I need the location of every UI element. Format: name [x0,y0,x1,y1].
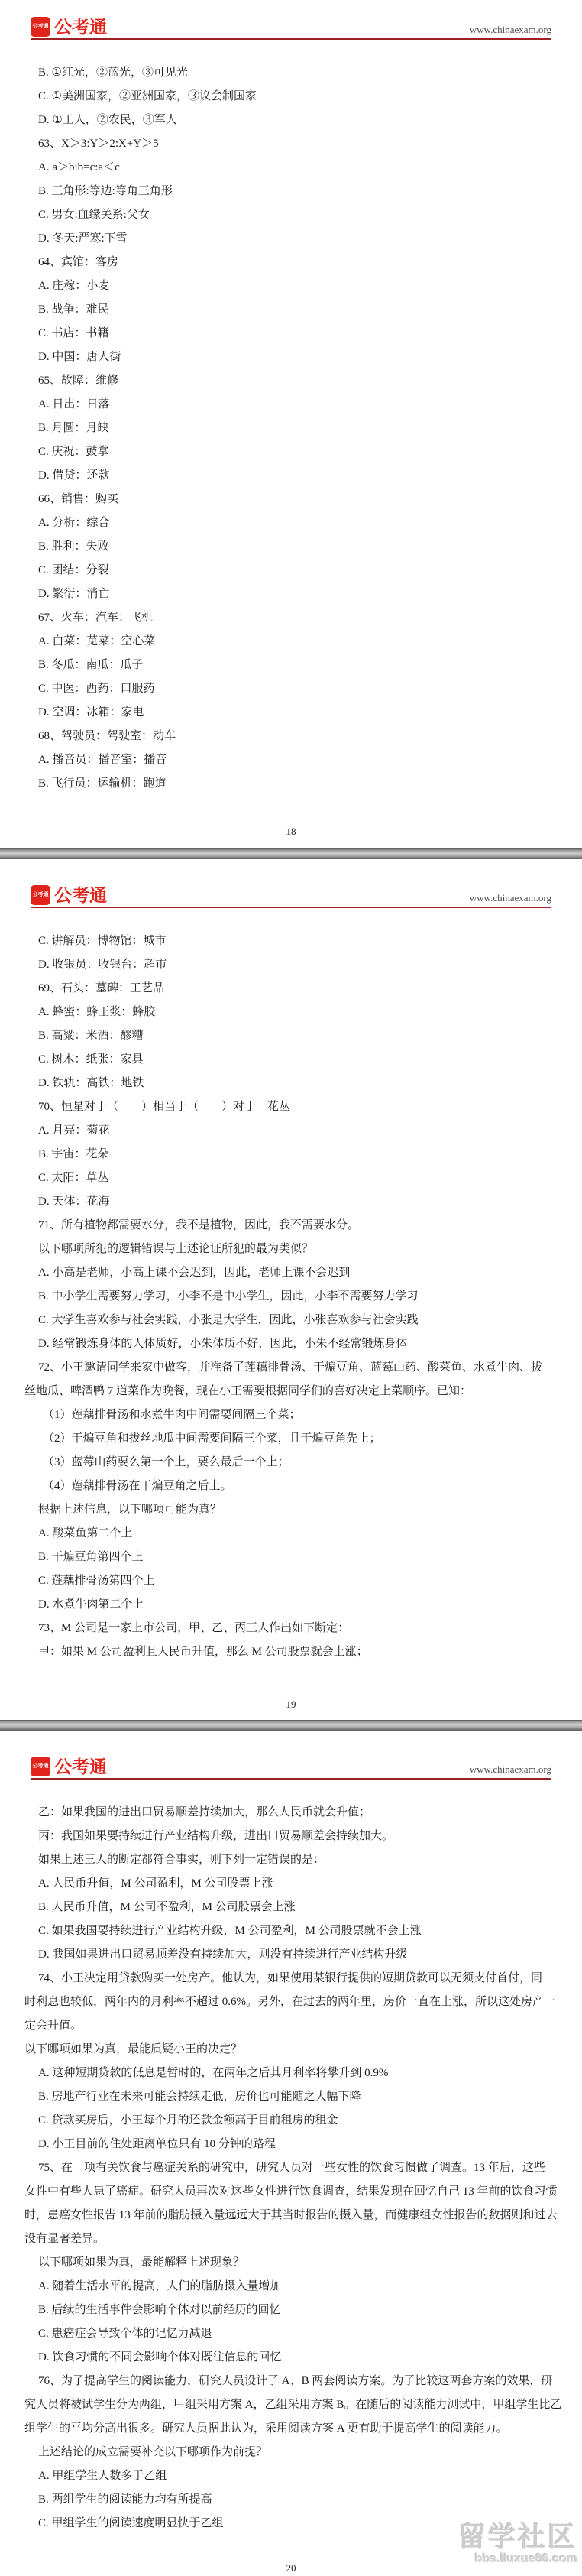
text-line: A. a＞b:b=c:a＜c [0,156,582,180]
text-line: 67、火车：汽车：飞机 [0,606,582,630]
text-line: 时，患癌女性报告 13 年前的脂肪摄入量远远大于其当时报告的摄入量，而健康组女性… [0,2204,582,2227]
text-line: 时利息也较低，两年内的月利率不超过 0.6%。另外，在过去的两年里，房价一直在上… [0,1990,582,2014]
site-url: www.chinaexam.org [470,23,551,37]
text-line: 64、宾馆：客房 [0,251,582,274]
text-line: B. 冬瓜：南瓜：瓜子 [0,654,582,677]
text-line: D. 中国：唐人街 [0,346,582,369]
text-line: 没有显著差异。 [0,2227,582,2251]
site-logo: 公考通 公考通 [31,1757,107,1776]
text-line: D. ①工人，②农民，③军人 [0,109,582,132]
site-url: www.chinaexam.org [470,1763,551,1776]
text-line: C. 如果我国要持续进行产业结构升级，M 公司盈利，M 公司股票就不会上涨 [0,1919,582,1943]
site-logo-text: 公考通 [54,17,107,37]
text-line: （1）莲藕排骨汤和水煮牛肉中间需要间隔三个菜； [0,1403,582,1427]
text-line: D. 饮食习惯的不同会影响个体对既往信息的回忆 [0,2346,582,2370]
page-body: C. 讲解员：博物馆：城市D. 收银员：收银台：超市69、石头：墓碑：工艺品A.… [0,930,582,1664]
text-line: C. 庆祝：鼓掌 [0,440,582,464]
text-line: B. 月圆：月缺 [0,417,582,440]
text-line: D. 铁轨：高铁：地铁 [0,1072,582,1095]
text-line: A. 播音员：播音室：播音 [0,748,582,772]
text-line: B. 高粱：米酒：醪糟 [0,1024,582,1048]
text-line: B. 两组学生的阅读能力均有所提高 [0,2488,582,2512]
site-logo: 公考通 公考通 [31,885,107,905]
text-line: D. 经常锻炼身体的人体质好，小朱体质不好，因此，小朱不经常锻炼身体 [0,1332,582,1356]
text-line: D. 小王目前的住处距离单位只有 10 分钟的路程 [0,2133,582,2156]
text-line: B. 三角形:等边:等角三角形 [0,180,582,203]
text-line: 上述结论的成立需要补充以下哪项作为前提？ [0,2441,582,2464]
page-body: B. ①红光，②蓝光，③可见光C. ①美洲国家，②亚洲国家，③议会制国家D. ①… [0,61,582,796]
text-line: 72、小王邀请同学来家中做客，并准备了莲藕排骨汤、干煸豆角、蓝莓山药、酸菜鱼、水… [0,1356,582,1380]
text-line: A. 甲组学生人数多于乙组 [0,2464,582,2488]
text-line: A. 人民币升值，M 公司盈利，M 公司股票上涨 [0,1872,582,1896]
text-line: A. 这种短期贷款的低息是暂时的，在两年之后其月利率将攀升到 0.9% [0,2062,582,2085]
site-url: www.chinaexam.org [470,891,551,905]
text-line: A. 随着生活水平的提高，人们的脂肪摄入量增加 [0,2275,582,2299]
page-number: 20 [0,2562,582,2574]
page-number: 18 [0,826,582,838]
text-line: （3）蓝莓山药要么第一个上，要么最后一个上； [0,1451,582,1475]
text-line: D. 水煮牛肉第二个上 [0,1593,582,1617]
text-line: A. 分析：综合 [0,511,582,535]
text-line: C. 树木：纸张：家具 [0,1048,582,1072]
text-line: A. 日出：日落 [0,393,582,417]
text-line: B. 人民币升值，M 公司不盈利，M 公司股票会上涨 [0,1896,582,1919]
text-line: C. 男女:血缘关系:父女 [0,203,582,227]
site-logo-icon: 公考通 [31,885,50,905]
text-line: D. 繁衍：消亡 [0,582,582,606]
page-20: 公考通 公考通 www.chinaexam.org 乙：如果我国的进出口贸易顺差… [0,1731,582,2576]
text-line: 66、销售：购买 [0,488,582,511]
text-line: 以下哪项如果为真，最能质疑小王的决定？ [0,2038,582,2062]
site-logo-text: 公考通 [54,885,107,905]
text-line: A. 庄稼：小麦 [0,274,582,298]
text-line: C. 莲藕排骨汤第四个上 [0,1569,582,1593]
text-line: 69、石头：墓碑：工艺品 [0,977,582,1001]
text-line: 65、故障：维修 [0,369,582,393]
page-divider [0,848,582,859]
text-line: C. 团结：分裂 [0,559,582,582]
text-line: B. 宇宙：花朵 [0,1143,582,1166]
text-line: 76、为了提高学生的阅读能力，研究人员设计了 A、B 两套阅读方案。为了比较这两… [0,2370,582,2393]
text-line: D. 空调：冰箱：家电 [0,701,582,725]
text-line: D. 借贷：还款 [0,464,582,488]
text-line: C. 讲解员：博物馆：城市 [0,930,582,953]
text-line: 组学生的平均分高出很多。研究人员据此认为，采用阅读方案 A 更有助于提高学生的阅… [0,2417,582,2441]
site-logo-text: 公考通 [54,1757,107,1776]
text-line: C. 太阳：草丛 [0,1166,582,1190]
text-line: B. ①红光，②蓝光，③可见光 [0,61,582,85]
page-body: 乙：如果我国的进出口贸易顺差持续加大，那么人民币就会升值；丙：我国如果要持续进行… [0,1801,582,2535]
text-line: 68、驾驶员：驾驶室：动车 [0,725,582,748]
text-line: B. 后续的生活事件会影响个体对以前经历的回忆 [0,2299,582,2322]
text-line: 究人员将被试学生分为两组，甲组采用方案 A，乙组采用方案 B。在随后的阅读能力测… [0,2393,582,2417]
text-line: 63、X＞3:Y＞2:X+Y＞5 [0,132,582,156]
text-line: A. 酸菜鱼第二个上 [0,1522,582,1546]
text-line: 丝地瓜、啤酒鸭 7 道菜作为晚餐，现在小王需要根据同学们的喜好决定上菜顺序。已知… [0,1380,582,1403]
text-line: 70、恒星对于（ ）相当于（ ）对于 花丛 [0,1095,582,1119]
site-logo: 公考通 公考通 [31,17,107,37]
text-line: C. 中医：西药：口服药 [0,677,582,701]
text-line: B. 战争：难民 [0,298,582,322]
exam-document: 公考通 公考通 www.chinaexam.org B. ①红光，②蓝光，③可见… [0,0,582,2576]
text-line: （4）莲藕排骨汤在干煸豆角之后上。 [0,1475,582,1498]
text-line: 以下哪项如果为真，最能解释上述现象？ [0,2251,582,2275]
text-line: 71、所有植物都需要水分，我不是植物，因此，我不需要水分。 [0,1214,582,1238]
text-line: C. 甲组学生的阅读速度明显快于乙组 [0,2512,582,2535]
page-divider [0,1720,582,1731]
text-line: 75、在一项有关饮食与癌症关系的研究中，研究人员对一些女性的饮食习惯做了调查。1… [0,2156,582,2180]
text-line: A. 小高是老师，小高上课不会迟到，因此，老师上课不会迟到 [0,1261,582,1285]
text-line: C. 贷款买房后，小王每个月的还款金额高于目前租房的租金 [0,2109,582,2133]
text-line: A. 白菜：苋菜：空心菜 [0,630,582,654]
text-line: 丙：我国如果要持续进行产业结构升级，进出口贸易顺差会持续加大。 [0,1825,582,1848]
site-logo-icon: 公考通 [31,1757,50,1776]
text-line: D. 收银员：收银台：超市 [0,953,582,977]
text-line: 根据上述信息，以下哪项可能为真？ [0,1498,582,1522]
page-18: 公考通 公考通 www.chinaexam.org B. ①红光，②蓝光，③可见… [0,0,582,848]
text-line: A. 蜂蜜：蜂王浆：蜂胶 [0,1001,582,1024]
text-line: （2）干煸豆角和拔丝地瓜中间需要间隔三个菜，且干煸豆角先上； [0,1427,582,1451]
text-line: D. 天体：花海 [0,1190,582,1214]
text-line: 定会升值。 [0,2014,582,2038]
text-line: B. 胜利：失败 [0,535,582,559]
text-line: 如果上述三人的断定都符合事实，则下列一定错误的是： [0,1848,582,1872]
text-line: C. 书店：书籍 [0,322,582,346]
text-line: 乙：如果我国的进出口贸易顺差持续加大，那么人民币就会升值； [0,1801,582,1825]
page-19: 公考通 公考通 www.chinaexam.org C. 讲解员：博物馆：城市D… [0,859,582,1720]
text-line: 73、M 公司是一家上市公司，甲、乙、丙三人作出如下断定： [0,1617,582,1640]
text-line: C. ①美洲国家，②亚洲国家，③议会制国家 [0,85,582,109]
text-line: B. 飞行员：运输机：跑道 [0,772,582,796]
text-line: 74、小王决定用贷款购买一处房产。他认为，如果使用某银行提供的短期贷款可以无须支… [0,1967,582,1990]
text-line: 女性中有些人患了癌症。研究人员再次对这些女性进行饮食调查，结果发现在回忆自己 1… [0,2180,582,2204]
text-line: B. 房地产行业在未来可能会持续走低，房价也可能随之大幅下降 [0,2085,582,2109]
page-header: 公考通 公考通 www.chinaexam.org [31,17,551,40]
text-line: 甲：如果 M 公司盈利且人民币升值，那么 M 公司股票就会上涨； [0,1640,582,1664]
text-line: A. 月亮：菊花 [0,1119,582,1143]
text-line: D. 我国如果进出口贸易顺差没有持续加大，则没有持续进行产业结构升级 [0,1943,582,1967]
page-header: 公考通 公考通 www.chinaexam.org [31,885,551,908]
text-line: C. 患癌症会导致个体的记忆力减退 [0,2322,582,2346]
site-logo-icon: 公考通 [31,17,50,37]
page-header: 公考通 公考通 www.chinaexam.org [31,1757,551,1780]
text-line: C. 大学生喜欢参与社会实践，小张是大学生，因此，小张喜欢参与社会实践 [0,1309,582,1332]
text-line: D. 冬天:严寒:下雪 [0,227,582,251]
page-number: 19 [0,1698,582,1711]
text-line: B. 干煸豆角第四个上 [0,1546,582,1569]
text-line: 以下哪项所犯的逻辑错误与上述论证所犯的最为类似？ [0,1238,582,1261]
text-line: B. 中小学生需要努力学习，小李不是中小学生，因此，小李不需要努力学习 [0,1285,582,1309]
